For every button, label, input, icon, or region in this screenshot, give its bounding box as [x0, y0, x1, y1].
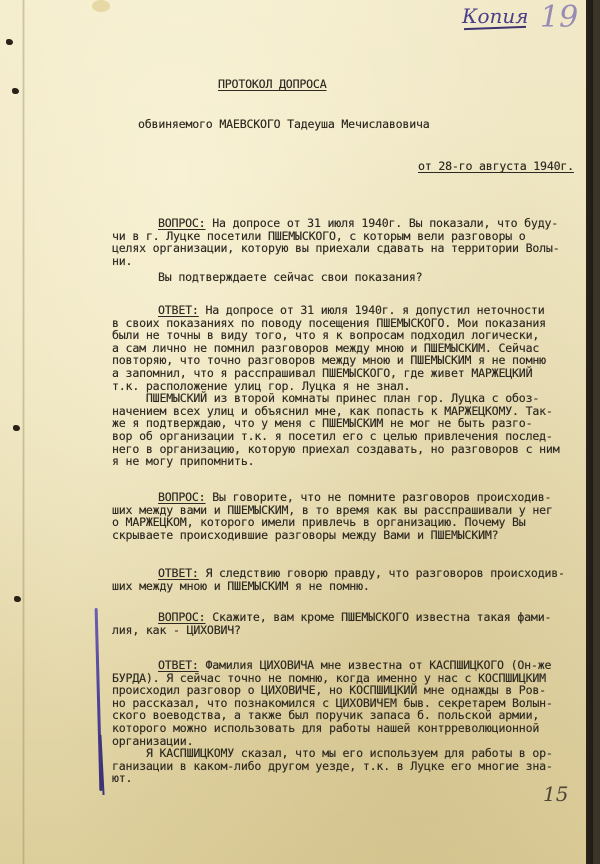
- binding-hole: [6, 39, 13, 45]
- paper-stain: [92, 0, 110, 12]
- text-line: которого можно использовать для работы н…: [112, 722, 539, 735]
- text-line: о МАРЖЕЦКОМ, которого имели привлечь в о…: [112, 516, 526, 529]
- binding-hole: [14, 596, 21, 602]
- answer-label: ОТВЕТ:: [158, 303, 199, 317]
- question-label: ВОПРОС:: [158, 216, 205, 230]
- text-line: происходил разговор о ЦИХОВИЧЕ, но КОСПШ…: [112, 684, 546, 697]
- answer-label: ОТВЕТ:: [158, 566, 199, 580]
- text-line: ших между мною и ПШЕМЫСКИМ я не помню.: [112, 580, 370, 593]
- question-first-line: ВОПРОС: Вы говорите, что не помните разг…: [158, 491, 551, 504]
- text-line: ют.: [112, 772, 132, 785]
- question-first-line: ВОПРОС: Скажите, вам кроме ПШЕМЫСКОГО из…: [158, 611, 551, 624]
- text-line: Я КАСПШИЦКОМУ сказал, что мы его использ…: [112, 747, 553, 760]
- document-title: ПРОТОКОЛ ДОПРОСА: [218, 78, 326, 91]
- text-line: я не могу припомнить.: [112, 455, 254, 468]
- answer-first-line: ОТВЕТ: Фамилия ЦИХОВИЧА мне известна от …: [158, 659, 551, 672]
- question-line: целях организации, которую вы приехали с…: [112, 242, 559, 255]
- text-line: лия, как - ЦИХОВИЧ?: [112, 624, 241, 637]
- page-number-top: 19: [540, 0, 578, 35]
- paper-fold: [22, 0, 25, 864]
- page-number-bottom: 15: [543, 782, 568, 806]
- question-label: ВОПРОС:: [158, 610, 205, 624]
- document-subtitle: обвиняемого МАЕВСКОГО Тадеуша Мечиславов…: [138, 118, 430, 131]
- answer-first-line: ОТВЕТ: На допросе от 31 июля 1940г. я до…: [158, 304, 544, 317]
- text-line: ПШЕМЫСКИЙ из второй комнаты принес план …: [112, 392, 539, 405]
- text-line: вор об организации т.к. я посетил его с …: [112, 430, 553, 443]
- text-line: были не точны в виду того, что я к вопро…: [112, 329, 539, 342]
- document-date: от 28-го августа 1940г.: [418, 160, 574, 173]
- question-line: ни.: [112, 255, 132, 268]
- text-line: а запомнил, что я расспрашивал ПШЕМЫСКОГ…: [112, 367, 532, 380]
- document-page: Копия 19 ПРОТОКОЛ ДОПРОСА обвиняемого МА…: [0, 0, 593, 864]
- question-label: ВОПРОС:: [158, 490, 205, 504]
- question-first-line: ВОПРОС: На допросе от 31 июля 1940г. Вы …: [158, 217, 558, 230]
- scan-edge: [586, 0, 593, 864]
- text-line: ганизации в каком-либо другом уезде, т.к…: [112, 760, 553, 773]
- copy-stamp: Копия: [462, 4, 529, 28]
- binding-hole: [12, 88, 19, 94]
- question-followup: Вы подтверждаете сейчас свои показания?: [158, 271, 422, 284]
- answer-first-line: ОТВЕТ: Я следствию говорю правду, что ра…: [158, 567, 565, 580]
- text-line: скрываете происходившие разговоры между …: [112, 529, 498, 542]
- answer-label: ОТВЕТ:: [158, 658, 199, 672]
- binding-hole: [13, 425, 20, 431]
